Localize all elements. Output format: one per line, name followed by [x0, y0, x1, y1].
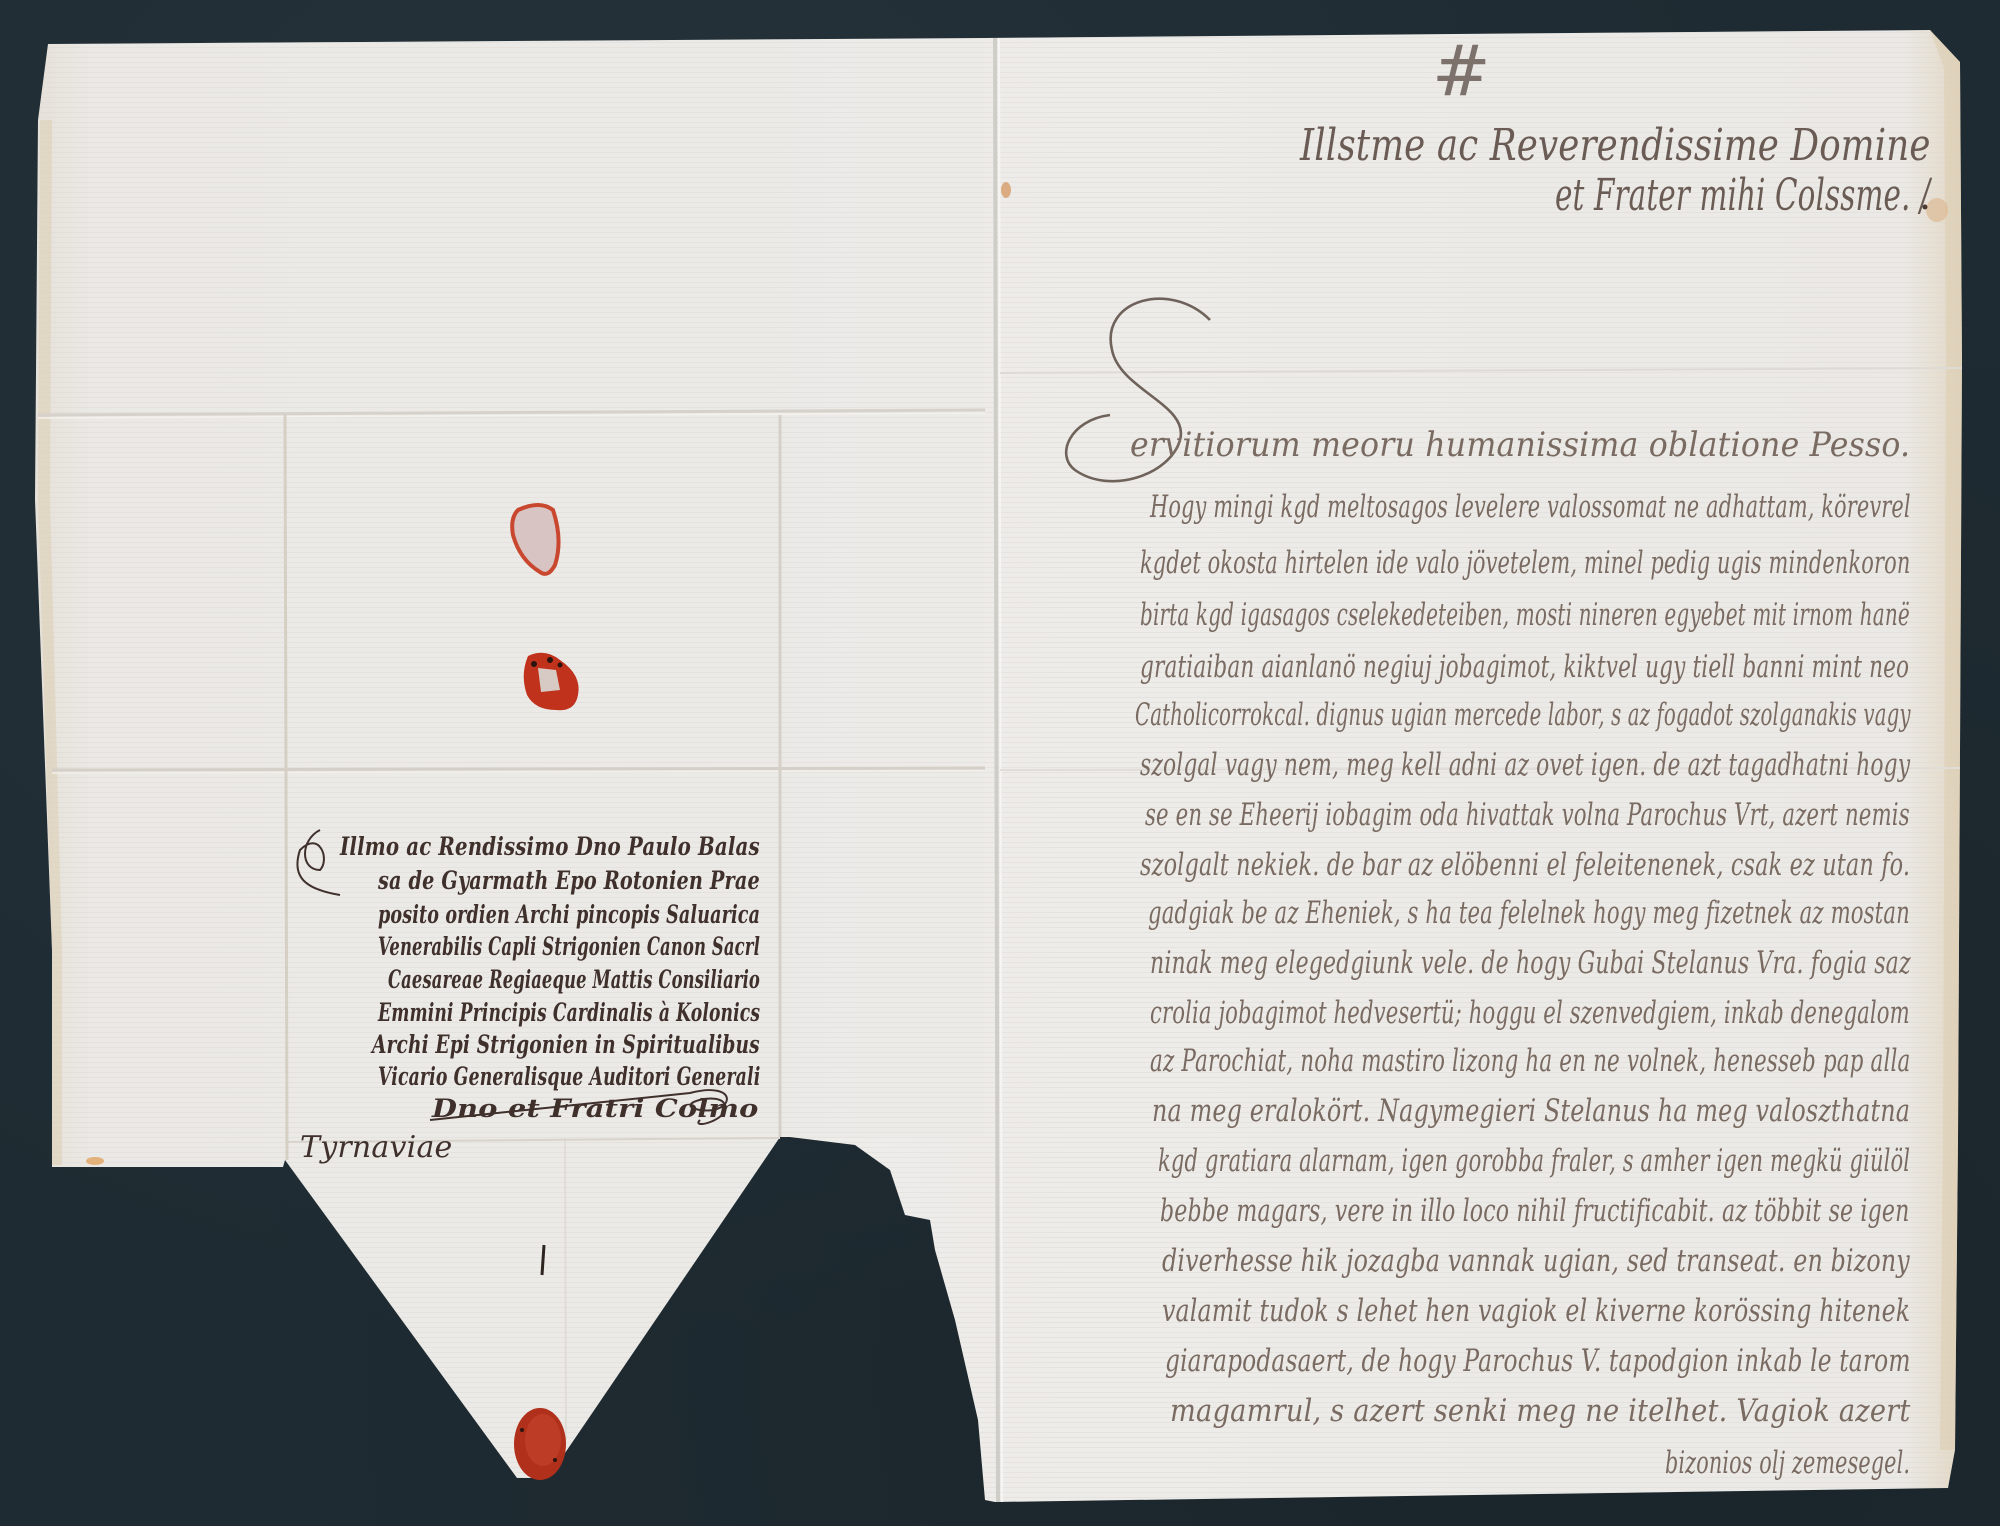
- seal-bottom-flap: [514, 1408, 566, 1480]
- fold-line-vertical-left: [285, 415, 287, 1160]
- fold-line-horizontal-lower: [52, 768, 985, 770]
- letter-sheet: [0, 0, 2000, 1526]
- flap-ink-mark: [542, 1245, 544, 1275]
